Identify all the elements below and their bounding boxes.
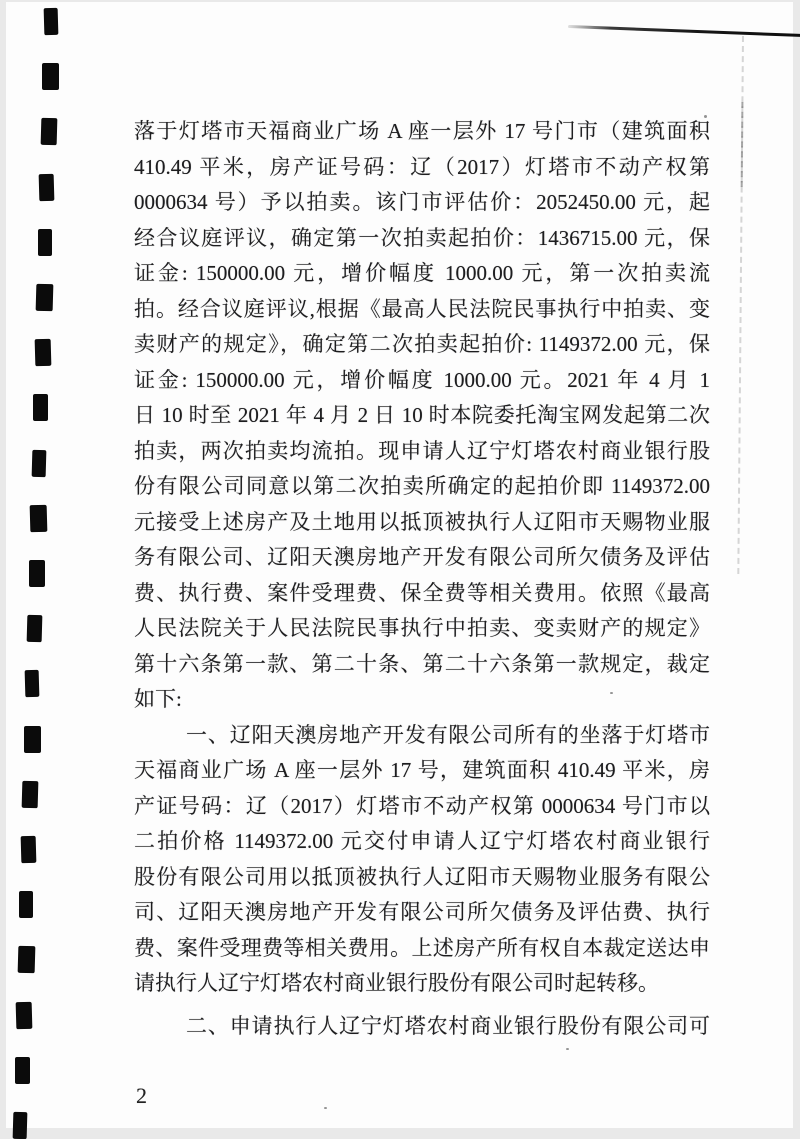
scan-background: { "document": { "page_number": "2", "lin… (0, 0, 800, 1139)
binding-hole-mark (19, 891, 33, 918)
text-line: 410.49 平米，房产证号码：辽（2017）灯塔市不动产权第 (134, 150, 710, 186)
page-number: 2 (136, 1082, 147, 1110)
text-line: 二拍价格 1149372.00 元交付申请人辽宁灯塔农村商业银行 (134, 824, 710, 860)
binding-hole-mark (15, 1057, 30, 1084)
text-line: 证金: 150000.00 元，增价幅度 1000.00 元。2021 年 4 … (134, 363, 710, 399)
binding-hole-mark (38, 229, 52, 256)
binding-hole-mark (17, 946, 35, 973)
text-line: 天福商业广场 A 座一层外 17 号，建筑面积 410.49 平米，房 (134, 753, 710, 789)
binding-hole-mark (22, 781, 39, 808)
text-line: 产证号码：辽（2017）灯塔市不动产权第 0000634 号门市以 (134, 789, 710, 825)
binding-hole-mark (39, 173, 55, 200)
text-line: 份有限公司同意以第二次拍卖所确定的起拍价即 1149372.00 (134, 469, 710, 505)
text-line: 证金: 150000.00 元，增价幅度 1000.00 元，第一次拍卖流 (134, 256, 710, 292)
text-line: 落于灯塔市天福商业广场 A 座一层外 17 号门市（建筑面积 (134, 114, 710, 150)
text-line: 一、辽阳天澳房地产开发有限公司所有的坐落于灯塔市 (134, 718, 710, 754)
text-line: 务有限公司、辽阳天澳房地产开发有限公司所欠债务及评估 (134, 540, 710, 576)
text-line: 第十六条第一款、第二十条、第二十六条第一款规定，裁定 (134, 647, 710, 683)
document-body: 落于灯塔市天福商业广场 A 座一层外 17 号门市（建筑面积410.49 平米，… (134, 114, 710, 1044)
text-line: 元接受上述房产及土地用以抵顶被执行人辽阳市天赐物业服 (134, 505, 710, 541)
binding-hole-mark (24, 726, 41, 753)
text-line: 请执行人辽宁灯塔农村商业银行股份有限公司时起转移。 (134, 966, 710, 1002)
text-line: 费、案件受理费等相关费用。上述房产所有权自本裁定送达申 (134, 931, 710, 967)
fold-crease-dark-segment (741, 102, 744, 187)
text-line: 费、执行费、案件受理费、保全费等相关费用。依照《最高 (134, 576, 710, 612)
binding-hole-mark (16, 1001, 33, 1028)
text-line: 卖财产的规定》，确定第二次拍卖起拍价: 1149372.00 元，保 (134, 327, 710, 363)
text-line: 0000634 号）予以拍卖。该门市评估价：2052450.00 元，起 (134, 185, 710, 221)
text-line: 日 10 时至 2021 年 4 月 2 日 10 时本院委托淘宝网发起第二次 (134, 398, 710, 434)
binding-hole-mark (29, 560, 45, 587)
scan-streak-artifact (568, 25, 800, 37)
text-line: 司、辽阳天澳房地产开发有限公司所欠债务及评估费、执行 (134, 895, 710, 931)
binding-hole-mark (30, 505, 48, 532)
binding-hole-mark (42, 63, 59, 90)
scan-speck (704, 115, 707, 118)
binding-hole-mark (44, 8, 59, 35)
binding-hole-mark (27, 615, 43, 642)
text-line: 如下: (134, 682, 710, 718)
binding-hole-mark (31, 449, 46, 476)
binding-hole-mark (41, 118, 58, 145)
binding-hole-mark (34, 339, 51, 366)
text-line: 拍卖，两次拍卖均流拍。现申请人辽宁灯塔农村商业银行股 (134, 434, 710, 470)
document-page: 落于灯塔市天福商业广场 A 座一层外 17 号门市（建筑面积410.49 平米，… (6, 2, 793, 1128)
binding-hole-mark (33, 394, 48, 421)
binding-hole-mark (25, 670, 40, 697)
scan-speck (566, 1048, 569, 1050)
binding-hole-mark (36, 284, 54, 311)
text-line: 股份有限公司用以抵顶被执行人辽阳市天赐物业服务有限公 (134, 860, 710, 896)
binding-hole-mark (20, 836, 36, 863)
text-line: 人民法院关于人民法院民事执行中拍卖、变卖财产的规定》 (134, 611, 710, 647)
scan-speck (324, 1107, 327, 1109)
fold-crease-line (737, 36, 744, 574)
scan-speck (610, 692, 613, 694)
text-line: 二、申请执行人辽宁灯塔农村商业银行股份有限公司可 (134, 1009, 710, 1045)
binding-hole-mark (13, 1112, 28, 1139)
text-line: 经合议庭评议，确定第一次拍卖起拍价：1436715.00 元，保 (134, 221, 710, 257)
text-line: 拍。经合议庭评议,根据《最高人民法院民事执行中拍卖、变 (134, 292, 710, 328)
